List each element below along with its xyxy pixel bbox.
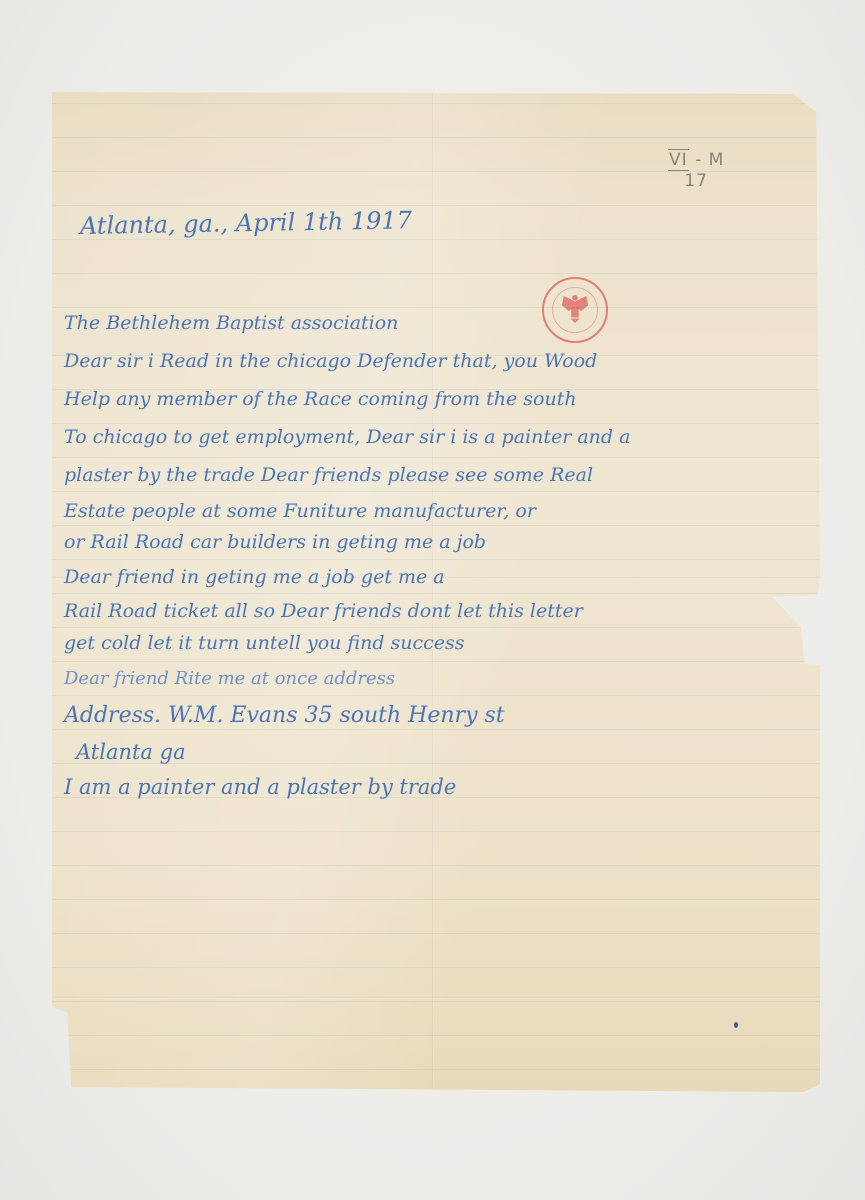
- ink-spot: [734, 1022, 738, 1028]
- letter-line: Dear friend in geting me a job get me a: [64, 566, 445, 588]
- lower-fold: [52, 997, 820, 999]
- letter-line: Dear friend Rite me at once address: [64, 668, 395, 689]
- eagle-seal-icon: [544, 279, 606, 341]
- archive-series: VI: [668, 149, 689, 171]
- letter-line: Help any member of the Race coming from …: [64, 388, 577, 410]
- letter-line-sender-address: Address. W.M. Evans 35 south Henry st: [64, 703, 505, 728]
- letter-paper: [52, 92, 820, 1092]
- letter-line-closing: I am a painter and a plaster by trade: [64, 775, 456, 799]
- letter-line-addressee: The Bethlehem Baptist association: [64, 312, 398, 334]
- letter-line: Rail Road ticket all so Dear friends don…: [64, 600, 583, 622]
- letter-line-sender-city: Atlanta ga: [76, 740, 186, 764]
- letter-line: To chicago to get employment, Dear sir i…: [64, 426, 630, 448]
- letter-date: Atlanta, ga., April 1th 1917: [80, 206, 412, 240]
- letter-line: plaster by the trade Dear friends please…: [64, 464, 593, 486]
- letter-line: get cold let it turn untell you find suc…: [64, 632, 465, 654]
- archive-number: 17: [668, 171, 724, 192]
- library-of-congress-stamp: [542, 277, 608, 343]
- archive-letter: M: [709, 150, 725, 170]
- letter-line: Estate people at some Funiture manufactu…: [64, 500, 536, 522]
- archive-catalog-mark: VI - M 17: [668, 150, 724, 192]
- letter-line: Dear sir i Read in the chicago Defender …: [64, 350, 597, 372]
- letter-line: or Rail Road car builders in geting me a…: [64, 531, 486, 553]
